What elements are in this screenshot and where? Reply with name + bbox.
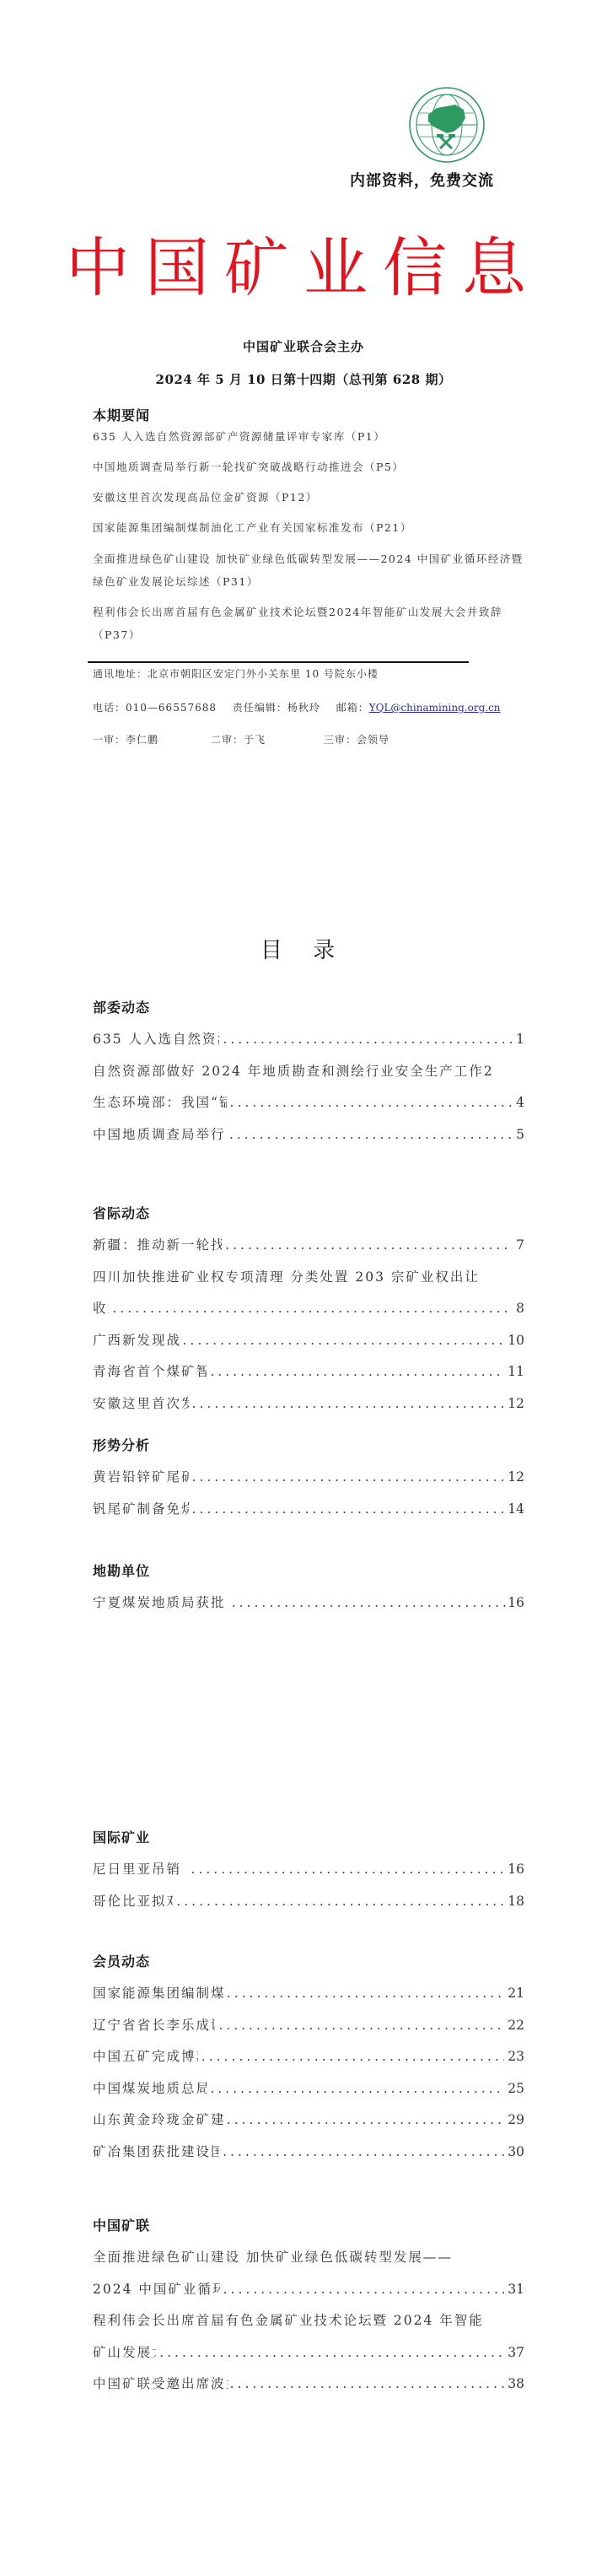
toc-entry-page: 8: [516, 1293, 524, 1325]
dot-leader: [218, 2010, 504, 2042]
toc-entry-title: 中国矿联受邀出席波兰、南非、阿根廷等多国外事活动: [93, 2369, 228, 2401]
editor-value: 杨秋玲: [287, 702, 320, 714]
dot-leader: [223, 2137, 504, 2169]
toc-title: 目 录: [0, 933, 607, 964]
toc-section-provincial: 省际动态 新疆：推动新一轮找矿突破战略行动取得更多成果7 四川加快推进矿业权专项…: [93, 1198, 524, 1420]
toc-entry[interactable]: 中国地质调查局举行新一轮找矿突破战略行动推进会5: [93, 1119, 524, 1151]
toc-entry[interactable]: 2024 中国矿业循环经济暨绿色矿业发展论坛综述31: [93, 2274, 524, 2306]
toc-section-heading: 形势分析: [93, 1430, 524, 1462]
toc-section-heading: 中国矿联: [93, 2210, 524, 2242]
dot-leader: [192, 1494, 505, 1526]
toc-entry-page: 16: [508, 1854, 524, 1886]
toc-section-members: 会员动态 国家能源集团编制煤制油化工产业有关国家标准发布21 辽宁省省长李乐成调…: [93, 1946, 524, 2168]
toc-section-ministry: 部委动态 635 人入选自然资源部矿产资源储量评审专家库1 自然资源部做好 20…: [93, 992, 524, 1151]
editor-label: 责任编辑：: [233, 702, 287, 714]
toc-entry-title: 2024 中国矿业循环经济暨绿色矿业发展论坛综述: [93, 2274, 220, 2306]
toc-section-heading: 会员动态: [93, 1946, 524, 1978]
dot-leader: [227, 1978, 505, 2010]
dot-leader: [223, 1024, 513, 1056]
internal-note: 内部资料，免费交流: [350, 169, 494, 191]
toc-entry[interactable]: 中国煤炭地质总局地热产业发展按下快进键25: [93, 2073, 524, 2105]
toc-entry[interactable]: 宁夏煤炭地质局获批 2 个新一轮找矿突破战略行动项目16: [93, 1587, 524, 1619]
divider-rule: [88, 661, 469, 663]
toc-entry[interactable]: 钒尾矿制备免烧砖工艺及机理分析14: [93, 1494, 524, 1526]
toc-entry-title: 哥伦比亚拟对矿法进行修改: [93, 1886, 173, 1918]
reviewer-1: 一审：李仁鹏: [93, 732, 211, 746]
toc-entry-page: 30: [508, 2137, 524, 2169]
toc-entry-title: 全面推进绿色矿山建设 加快矿业绿色低碳转型发展——: [93, 2242, 524, 2274]
toc-entry-page: 12: [508, 1462, 524, 1494]
highlights-list: 635 人入选自然资源部矿产资源储量评审专家库（P1） 中国地质调查局举行新一轮…: [93, 422, 531, 649]
dot-leader: [192, 1462, 505, 1494]
toc-entry-title: 四川加快推进矿业权专项清理 分类处置 203 宗矿业权出让: [93, 1262, 524, 1294]
toc-entry[interactable]: 收益8: [93, 1293, 524, 1325]
toc-entry[interactable]: 哥伦比亚拟对矿法进行修改18: [93, 1886, 524, 1918]
dot-leader: [192, 1388, 505, 1420]
issue-line: 2024 年 5 月 10 日第十四期（总刊第 628 期）: [0, 370, 607, 388]
phone-label: 电话：: [93, 702, 126, 714]
toc-section-international: 国际矿业 尼日里亚吊销 924 个矿业许可证16 哥伦比亚拟对矿法进行修改18: [93, 1822, 524, 1917]
toc-entry-title: 黄岩铅锌矿尾矿再利用可行性研究: [93, 1462, 189, 1494]
toc-section-geological-units: 地勘单位 宁夏煤炭地质局获批 2 个新一轮找矿突破战略行动项目16: [93, 1555, 524, 1619]
dot-leader: [230, 1087, 513, 1119]
toc-entry-page: 21: [508, 1978, 524, 2010]
toc-entry-title: 广西新发现战略性矿床 34 处: [93, 1325, 180, 1357]
toc-entry-title: 安徽这里首次发现高品位金矿资源: [93, 1388, 189, 1420]
phone-value: 010—66557688: [126, 702, 217, 714]
toc-entry-title: 生态环境部：我国“锰三角”污染治理取得阶段性成效: [93, 1087, 227, 1119]
toc-entry[interactable]: 矿冶集团获批建设国家矿山安全监察局重点实验室30: [93, 2137, 524, 2169]
toc-entry-page: 4: [516, 1087, 524, 1119]
toc-entry[interactable]: 广西新发现战略性矿床 34 处10: [93, 1325, 524, 1357]
highlight-item[interactable]: 全面推进绿色矿山建设 加快矿业绿色低碳转型发展——2024 中国矿业循环经济暨绿…: [93, 543, 531, 596]
address-label: 通讯地址：: [93, 668, 148, 680]
toc-entry[interactable]: 安徽这里首次发现高品位金矿资源12: [93, 1388, 524, 1420]
toc-section-cma: 中国矿联 全面推进绿色矿山建设 加快矿业绿色低碳转型发展—— 2024 中国矿业…: [93, 2210, 524, 2401]
email-link[interactable]: YQL@chinamining.org.cn: [369, 702, 501, 714]
toc-entry-title: 尼日里亚吊销 924 个矿业许可证: [93, 1854, 188, 1886]
toc-entry-title: 自然资源部做好 2024 年地质勘查和测绘行业安全生产工作: [93, 1056, 484, 1088]
highlight-item[interactable]: 国家能源集团编制煤制油化工产业有关国家标准发布（P21）: [93, 513, 531, 543]
reviewer-2: 二审：于飞: [211, 732, 324, 746]
toc-entry-title: 中国地质调查局举行新一轮找矿突破战略行动推进会: [93, 1119, 226, 1151]
dot-leader: [176, 1886, 504, 1918]
email-label: 邮箱：: [336, 702, 369, 714]
contact-address: 通讯地址：北京市朝阳区安定门外小关东里 10 号院东小楼: [93, 666, 531, 681]
toc-entry[interactable]: 山东黄金玲珑金矿建成首个井下实训基地并投入使用29: [93, 2104, 524, 2137]
toc-entry-title: 宁夏煤炭地质局获批 2 个新一轮找矿突破战略行动项目: [93, 1587, 230, 1619]
china-mining-association-logo-icon: [403, 81, 491, 169]
toc-entry-title: 矿山发展大会并致辞: [93, 2337, 156, 2369]
toc-entry-page: 29: [508, 2104, 524, 2137]
dot-leader: [112, 1293, 513, 1325]
toc-section-heading: 国际矿业: [93, 1822, 524, 1854]
toc-entry-page: 37: [508, 2337, 524, 2369]
toc-entry-title: 635 人入选自然资源部矿产资源储量评审专家库: [93, 1024, 219, 1056]
toc-entry[interactable]: 尼日里亚吊销 924 个矿业许可证16: [93, 1854, 524, 1886]
toc-entry-page: 12: [508, 1388, 524, 1420]
dot-leader: [159, 2337, 504, 2369]
dot-leader: [229, 1119, 513, 1151]
dot-leader: [210, 1356, 504, 1388]
toc-entry-page: 23: [508, 2041, 524, 2073]
toc-entry-line1[interactable]: 程利伟会长出席首届有色金属矿业技术论坛暨 2024 年智能: [93, 2305, 524, 2337]
highlight-item[interactable]: 635 人入选自然资源部矿产资源储量评审专家库（P1）: [93, 422, 531, 452]
toc-entry-title: 山东黄金玲珑金矿建成首个井下实训基地并投入使用: [93, 2104, 223, 2137]
toc-entry[interactable]: 青海省首个煤矿智能化开采工作面调试运行11: [93, 1356, 524, 1388]
toc-entry-title: 中国煤炭地质总局地热产业发展按下快进键: [93, 2073, 207, 2105]
dot-leader: [232, 1587, 507, 1619]
toc-entry-title: 辽宁省省长李乐成调研建龙集团思山岭铁矿项目: [93, 2010, 215, 2042]
toc-entry-title: 钒尾矿制备免烧砖工艺及机理分析: [93, 1494, 189, 1526]
toc-entry-page: 11: [508, 1356, 524, 1388]
toc-entry-line1[interactable]: 全面推进绿色矿山建设 加快矿业绿色低碳转型发展——: [93, 2242, 524, 2274]
toc-section-analysis: 形势分析 黄岩铅锌矿尾矿再利用可行性研究12 钒尾矿制备免烧砖工艺及机理分析14: [93, 1430, 524, 1525]
contact-info: 电话：010—66557688 责任编辑：杨秋玲 邮箱：YQL@chinamin…: [93, 700, 531, 714]
toc-entry[interactable]: 中国五矿完成博茨瓦纳科马考铜矿收购23: [93, 2041, 524, 2073]
toc-entry-page: 5: [516, 1119, 524, 1151]
toc-entry-title: 收益: [93, 1293, 109, 1325]
toc-entry[interactable]: 新疆：推动新一轮找矿突破战略行动取得更多成果7: [93, 1230, 524, 1262]
toc-entry[interactable]: 中国矿联受邀出席波兰、南非、阿根廷等多国外事活动38: [93, 2369, 524, 2401]
sponsor-line: 中国矿业联合会主办: [0, 337, 607, 355]
dot-leader: [201, 2041, 504, 2073]
toc-entry-title: 新疆：推动新一轮找矿突破战略行动取得更多成果: [93, 1230, 222, 1262]
dot-leader: [183, 1325, 505, 1357]
toc-entry-line1[interactable]: 四川加快推进矿业权专项清理 分类处置 203 宗矿业权出让: [93, 1262, 524, 1294]
highlight-item[interactable]: 安徽这里首次发现高品位金矿资源（P12）: [93, 482, 531, 513]
toc-entry-title: 青海省首个煤矿智能化开采工作面调试运行: [93, 1356, 207, 1388]
toc-entry-title: 程利伟会长出席首届有色金属矿业技术论坛暨 2024 年智能: [93, 2305, 524, 2337]
dot-leader: [227, 2104, 505, 2137]
toc-entry[interactable]: 国家能源集团编制煤制油化工产业有关国家标准发布21: [93, 1978, 524, 2010]
toc-section-heading: 省际动态: [93, 1198, 524, 1230]
reviewer-3: 三审：会领导: [324, 732, 389, 746]
toc-entry-page: 10: [508, 1325, 524, 1357]
toc-entry-page: 1: [516, 1024, 524, 1056]
dot-leader: [223, 2274, 505, 2306]
toc-entry[interactable]: 自然资源部做好 2024 年地质勘查和测绘行业安全生产工作2: [93, 1056, 524, 1088]
toc-entry[interactable]: 黄岩铅锌矿尾矿再利用可行性研究12: [93, 1462, 524, 1494]
toc-section-heading: 部委动态: [93, 992, 524, 1024]
masthead-title: 中国矿业信息: [0, 236, 607, 300]
dot-leader: [210, 2073, 504, 2105]
toc-entry[interactable]: 生态环境部：我国“锰三角”污染治理取得阶段性成效4: [93, 1087, 524, 1119]
toc-entry-page: 22: [508, 2010, 524, 2042]
highlight-item[interactable]: 中国地质调查局举行新一轮找矿突破战略行动推进会（P5）: [93, 452, 531, 482]
toc-entry[interactable]: 矿山发展大会并致辞37: [93, 2337, 524, 2369]
address-value: 北京市朝阳区安定门外小关东里 10 号院东小楼: [148, 668, 379, 680]
toc-entry-page: 7: [516, 1230, 524, 1262]
toc-entry-title: 矿冶集团获批建设国家矿山安全监察局重点实验室: [93, 2137, 219, 2169]
dot-leader: [225, 1230, 513, 1262]
toc-entry-title: 国家能源集团编制煤制油化工产业有关国家标准发布: [93, 1978, 223, 2010]
dot-leader: [191, 1854, 505, 1886]
dot-leader: [230, 2369, 507, 2401]
toc-entry[interactable]: 635 人入选自然资源部矿产资源储量评审专家库1: [93, 1024, 524, 1056]
highlight-item[interactable]: 程利伟会长出席首届有色金属矿业技术论坛暨2024年智能矿山发展大会并致辞（P37…: [93, 596, 531, 649]
toc-entry-page: 16: [508, 1587, 524, 1619]
toc-entry-page: 14: [508, 1494, 524, 1526]
toc-entry-page: 18: [508, 1886, 524, 1918]
toc-section-heading: 地勘单位: [93, 1555, 524, 1587]
toc-entry-page: 38: [508, 2369, 524, 2401]
toc-entry[interactable]: 辽宁省省长李乐成调研建龙集团思山岭铁矿项目22: [93, 2010, 524, 2042]
toc-entry-page: 25: [508, 2073, 524, 2105]
toc-entry-title: 中国五矿完成博茨瓦纳科马考铜矿收购: [93, 2041, 198, 2073]
reviewers: 一审：李仁鹏二审：于飞三审：会领导: [93, 732, 531, 746]
toc-entry-page: 2: [484, 1056, 492, 1088]
toc-entry-page: 31: [508, 2274, 524, 2306]
